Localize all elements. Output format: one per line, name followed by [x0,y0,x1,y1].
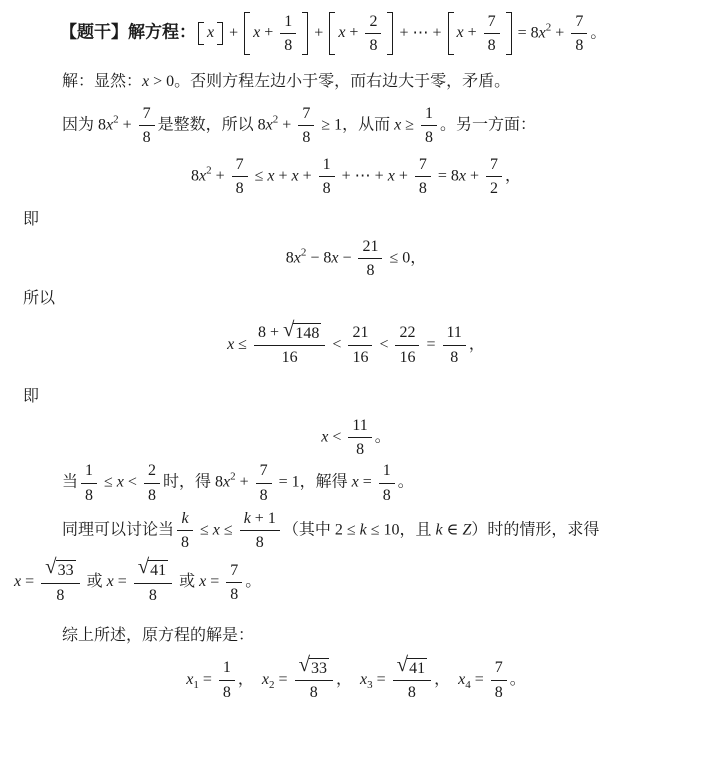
fraction-numerator: 11 [443,323,466,344]
text-run: 1 [85,461,93,480]
text-run: ≤ [196,521,213,538]
fraction-denominator: 8 [139,125,155,147]
math-variable: x [253,22,260,44]
right-bracket-icon [506,12,512,55]
fraction-denominator: 8 [256,483,272,505]
bracket-content: x + 18 [250,12,302,55]
math-variable: x [292,168,299,185]
fraction-denominator: 8 [295,680,333,702]
math-variable: k [244,509,251,528]
text-run: 22 [399,323,415,342]
text-run: ≥ [401,116,418,133]
text-run: 8 [148,486,156,505]
math-fraction: 218 [358,237,382,280]
fraction-numerator: 7 [415,155,431,176]
fraction-numerator: 21 [358,237,382,258]
text-run: = [373,671,390,688]
math-variable: x [457,22,464,44]
radical-icon: √ [397,655,408,676]
text-run: 8 [450,348,458,367]
math-fraction: k + 18 [240,509,280,552]
fraction-numerator: 1 [81,461,97,482]
fraction-denominator: 8 [491,680,507,702]
case-first-interval: 当18 ≤ x < 28时，得 8x2 + 78 = 1，解得 x = 18。 [0,461,712,504]
roots-alternatives: x = √338 或 x = √418 或 x = 78。 [0,560,712,605]
fraction-numerator: 7 [256,461,272,482]
fraction-denominator: 8 [144,483,160,505]
text-run: ， [238,671,262,688]
math-sqrt: √33 [299,658,329,679]
text-run: 16 [282,348,298,367]
text-run: 2 [490,179,498,198]
math-fraction: √338 [295,658,333,703]
fraction-denominator: 8 [219,680,235,702]
right-bracket-icon [387,12,393,55]
text-run: 1 [223,658,231,677]
fraction-numerator: 8 + √148 [254,323,325,346]
text-run: + [551,24,568,41]
fraction-denominator: 2 [486,176,502,198]
math-fraction: 78 [298,104,314,147]
text-run: + [466,168,483,185]
text-run: 8 [181,533,189,552]
text-run: 8 [284,36,292,55]
connector-suoyi: 所以 [0,288,712,310]
text-run: 8 [56,586,64,605]
radicand: 33 [309,658,329,678]
text-run: 8 [383,486,391,505]
math-sqrt: √41 [138,560,168,581]
text-run: − [338,249,355,266]
text-run: 8 [323,179,331,198]
text-run: 7 [490,155,498,174]
text-run: 8 [419,179,427,198]
text-run: 8 [143,128,151,147]
text-run: 8 + [258,323,283,342]
equation-quadratic: 8x2 − 8x − 218 ≤ 0， [0,237,712,280]
radical-icon: √ [45,557,56,578]
fraction-denominator: 8 [232,176,248,198]
math-variable: k [181,509,188,528]
fraction-numerator: 7 [491,658,507,679]
text-run: 7 [236,155,244,174]
text-run: 8 [260,486,268,505]
text-run: 。另一方面： [440,116,536,133]
math-variable: x [213,521,220,538]
text-run: 时，得 8 [163,474,223,491]
math-variable: x [117,474,124,491]
fraction-denominator: 8 [134,583,172,605]
math-sqrt: √33 [45,560,75,581]
text-run: 1 [425,104,433,123]
text-run: ， [469,336,485,353]
math-variable: x [223,474,230,491]
math-solution-document: 【题干】解方程：x + x + 18 + x + 28 + ⋯ + x + 78… [0,0,712,777]
text-run: 因为 8 [62,116,106,133]
fraction-denominator: 8 [365,33,381,55]
math-fraction: 18 [81,461,97,504]
text-run: 。 [375,428,391,445]
text-run: 同理可以讨论当 [62,521,174,538]
text-run: 或 [175,573,199,590]
fraction-numerator: 22 [395,323,419,344]
text-run: + [395,168,412,185]
bracket-content: x + 28 [335,12,387,55]
text-run: 7 [495,658,503,677]
text-run: = [114,573,131,590]
fraction-numerator: 7 [232,155,248,176]
fraction-numerator: 7 [484,12,500,33]
text-run: ≤ [220,521,237,538]
text-run: 1 [383,461,391,480]
text-run: < [328,428,345,445]
text-run: 8 [369,36,377,55]
text-run: 11 [352,416,367,435]
text-run: = 8 [514,24,539,41]
radicand: 148 [293,323,321,343]
fraction-numerator: k + 1 [240,509,280,530]
text-run: 是整数，所以 8 [158,116,266,133]
text-run: = [422,336,439,353]
text-run: 解：显然： [62,73,142,90]
math-variable: x [207,22,214,44]
text-run: 21 [352,323,368,342]
text-run: 。 [510,671,526,688]
text-run: ）时的情形，求得 [471,521,599,538]
text-run: 8 [408,683,416,702]
fraction-numerator: 1 [421,104,437,125]
text-run: 11 [447,323,462,342]
text-run: 8 [495,683,503,702]
text-run: 8 [286,249,294,266]
text-run: 8 [230,585,238,604]
math-fraction: 78 [256,461,272,504]
math-fraction: 2116 [348,323,372,366]
text-run: 7 [260,461,268,480]
math-fraction: √418 [134,560,172,605]
text-run: 1 [284,12,292,31]
fraction-denominator: 8 [484,33,500,55]
text-run: = [199,671,216,688]
bracket-content: x + 78 [454,12,506,55]
fraction-numerator: 7 [298,104,314,125]
fraction-numerator: √33 [295,658,333,681]
problem-title: 【题干】解方程：x + x + 18 + x + 28 + ⋯ + x + 78… [0,12,712,55]
math-fraction: 78 [571,12,587,55]
fraction-denominator: 8 [280,33,296,55]
text-run: 当 [62,474,78,491]
text-run: 21 [362,237,378,256]
fraction-denominator: 8 [298,125,314,147]
radical-icon: √ [299,655,310,676]
text-run: 综上所述，原方程的解是： [62,627,254,644]
text-run: 8 [356,440,364,459]
text-run: 。 [590,24,606,41]
equation-x-upper: x < 118。 [0,416,712,459]
math-fraction: k8 [177,509,193,552]
fraction-numerator: 1 [379,461,395,482]
fraction-numerator: 11 [348,416,371,437]
text-run: < [124,474,141,491]
math-fraction: 18 [219,658,235,701]
math-variable: x [262,671,269,688]
text-run: ≤ 0， [385,249,426,266]
text-run: 7 [488,12,496,31]
text-run: + [464,22,481,44]
fraction-numerator: 7 [486,155,502,176]
fraction-denominator: 8 [358,258,382,280]
math-fraction: 72 [486,155,502,198]
fraction-numerator: 7 [226,561,242,582]
radicand: 41 [407,658,427,678]
fraction-denominator: 8 [81,483,97,505]
math-fraction: 2216 [395,323,419,366]
text-run: 所以 [23,290,55,307]
text-run: + [225,24,242,41]
fraction-denominator: 8 [571,33,587,55]
text-run: < [328,336,345,353]
fraction-numerator: 1 [280,12,296,33]
text-run: 2 [148,461,156,480]
fraction-numerator: 1 [319,155,335,176]
math-variable: x [338,22,345,44]
text-run: = [206,573,223,590]
text-run: 。 [245,573,261,590]
math-variable: x [107,573,114,590]
math-fraction: √338 [41,560,79,605]
text-run: + [236,474,253,491]
radicand: 41 [148,560,168,580]
fraction-numerator: 7 [571,12,587,33]
text-run: 8 [575,36,583,55]
right-bracket-icon [302,12,308,55]
text-run: 8 [236,179,244,198]
text-run: 即 [23,211,39,228]
math-fraction: 78 [415,155,431,198]
text-run: + [278,116,295,133]
right-bracket-icon [217,22,223,44]
math-fraction: 78 [139,104,155,147]
math-bracket-group: x + 78 [448,12,512,55]
math-variable: k [436,521,443,538]
text-run: 7 [143,104,151,123]
text-run: < [375,336,392,353]
text-run: 8 [488,36,496,55]
text-run: （其中 2 ≤ [283,521,360,538]
text-run: 7 [575,12,583,31]
text-run: 7 [419,155,427,174]
fraction-numerator: 2 [144,461,160,482]
fraction-numerator: k [177,509,193,530]
text-run: 7 [302,104,310,123]
fraction-denominator: 8 [443,345,466,367]
text-run: + ⋯ + [395,24,445,41]
fraction-denominator: 8 [393,680,431,702]
radical-icon: √ [138,557,149,578]
conclusion-intro: 综上所述，原方程的解是： [0,625,712,647]
math-fraction: 118 [443,323,466,366]
fraction-numerator: √41 [393,658,431,681]
fraction-numerator: √33 [41,560,79,583]
text-run: ≥ 1，从而 [317,116,394,133]
equation-upper-bound: 8x2 + 78 ≤ x + x + 18 + ⋯ + x + 78 = 8x … [0,155,712,198]
fraction-numerator: 1 [219,658,235,679]
text-run: 8 [425,128,433,147]
text-run: 8 [191,168,199,185]
text-run: ∈ [443,521,463,538]
math-fraction: 78 [232,155,248,198]
fraction-denominator: 8 [421,125,437,147]
text-run: > 0。否则方程左边小于零，而右边大于零，矛盾。 [149,73,510,90]
text-run: 7 [230,561,238,580]
text-run: 8 [223,683,231,702]
fraction-denominator: 8 [379,483,395,505]
fraction-denominator: 16 [395,345,419,367]
fraction-denominator: 8 [41,583,79,605]
text-run: − 8 [306,249,331,266]
math-bracket-group: x + 18 [244,12,308,55]
text-run: + [260,22,277,44]
fraction-denominator: 16 [348,345,372,367]
text-run: 8 [310,683,318,702]
fraction-numerator: 21 [348,323,372,344]
math-sqrt: √41 [397,658,427,679]
text-run: 8 [85,486,93,505]
final-solutions: x1 = 18， x2 = √338， x3 = √418， x4 = 78。 [0,658,712,703]
text-run: 8 [366,261,374,280]
math-fraction: 18 [319,155,335,198]
text-run: = [275,671,292,688]
text-run: 或 [83,573,107,590]
math-variable: x [294,249,301,266]
math-fraction: 78 [491,658,507,701]
text-run: ≤ 10，且 [367,521,436,538]
fraction-numerator: 7 [139,104,155,125]
equation-bound-chain: x ≤ 8 + √14816 < 2116 < 2216 = 118， [0,323,712,368]
text-run: 8 [256,533,264,552]
connector-ji-1: 即 [0,209,712,231]
text-run: 。 [398,474,414,491]
fraction-denominator: 8 [226,582,242,604]
math-sqrt: √148 [283,323,321,344]
math-fraction: 18 [280,12,296,55]
math-fraction: 18 [379,461,395,504]
step-integrality: 因为 8x2 + 78是整数，所以 8x2 + 78 ≥ 1，从而 x ≥ 18… [0,104,712,147]
text-run: + [119,116,136,133]
math-fraction: 78 [226,561,242,604]
text-run-bold: 【题干】解方程： [60,22,196,41]
text-run: = 8 [434,168,459,185]
math-variable: x [388,168,395,185]
math-variable: x [199,168,206,185]
text-run: 16 [352,348,368,367]
text-run: ， [505,168,521,185]
bracket-content: x [204,22,217,44]
fraction-numerator: √41 [134,560,172,583]
text-run: + 1 [251,509,276,528]
text-run: 2 [369,12,377,31]
text-run: = [471,671,488,688]
solution-intro: 解：显然：x > 0。否则方程左边小于零，而右边大于零，矛盾。 [0,71,712,93]
math-fraction: 8 + √14816 [254,323,325,368]
fraction-denominator: 8 [177,530,193,552]
math-variable: x [266,116,273,133]
math-variable: x [459,168,466,185]
fraction-denominator: 8 [319,176,335,198]
text-run: ， [336,671,360,688]
math-bracket-group: x + 28 [329,12,393,55]
fraction-denominator: 8 [240,530,280,552]
fraction-denominator: 8 [348,437,371,459]
text-run: + [299,168,316,185]
text-run: ≤ [234,336,251,353]
math-fraction: 28 [365,12,381,55]
math-variable: x [539,24,546,41]
text-run: = 1，解得 [275,474,352,491]
fraction-denominator: 8 [415,176,431,198]
case-general: 同理可以讨论当k8 ≤ x ≤ k + 18（其中 2 ≤ k ≤ 10，且 k… [0,509,712,552]
text-run: + [310,24,327,41]
connector-ji-2: 即 [0,386,712,408]
text-run: ≤ [251,168,268,185]
math-fraction: 28 [144,461,160,504]
math-bracket-group: x [198,22,223,44]
math-fraction: √418 [393,658,431,703]
text-run: ， [434,671,458,688]
radicand: 33 [56,560,76,580]
math-fraction: 118 [348,416,371,459]
text-run: = [21,573,38,590]
text-run: + [345,22,362,44]
math-fraction: 78 [484,12,500,55]
math-fraction: 18 [421,104,437,147]
text-run: ≤ [100,474,117,491]
text-run: = [359,474,376,491]
math-variable: k [360,521,367,538]
fraction-denominator: 16 [254,345,325,367]
fraction-numerator: 2 [365,12,381,33]
radical-icon: √ [283,320,294,341]
text-run: 8 [149,586,157,605]
math-variable: x [352,474,359,491]
text-run: 1 [323,155,331,174]
text-run: 即 [23,388,39,405]
text-run: + ⋯ + [338,168,388,185]
text-run: 8 [302,128,310,147]
text-run: + [212,168,229,185]
text-run: 16 [399,348,415,367]
text-run: + [274,168,291,185]
